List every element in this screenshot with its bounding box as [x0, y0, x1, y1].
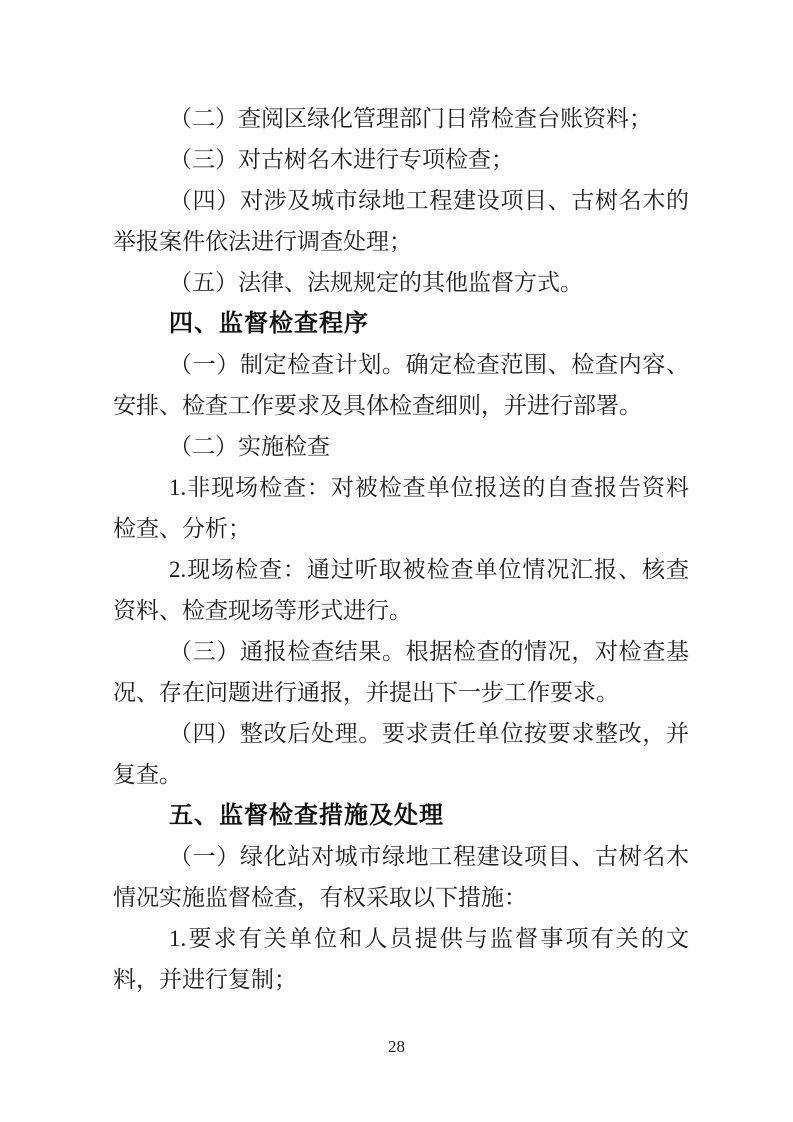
body-text-line: （三）通报检查结果。根据检查的情况，对检查基本情 — [113, 631, 689, 672]
body-text-line: 1.非现场检查：对被检查单位报送的自查报告资料进行 — [113, 467, 689, 508]
body-text-line: （五）法律、法规规定的其他监督方式。 — [113, 262, 689, 303]
body-text-line: （一）制定检查计划。确定检查范围、检查内容、检查 — [113, 344, 689, 385]
body-text-line: （四）对涉及城市绿地工程建设项目、古树名木的投诉、 — [113, 180, 689, 221]
body-text-line: 检查、分析； — [113, 508, 689, 549]
body-text-line: 1.要求有关单位和人员提供与监督事项有关的文件、资 — [113, 918, 689, 959]
body-text-line: （三）对古树名木进行专项检查； — [113, 139, 689, 180]
body-text-line: 资料、检查现场等形式进行。 — [113, 590, 689, 631]
page-number: 28 — [0, 1036, 793, 1058]
body-text-line: （四）整改后处理。要求责任单位按要求整改，并组织 — [113, 713, 689, 754]
document-page: （二）查阅区绿化管理部门日常检查台账资料； （三）对古树名木进行专项检查； （四… — [0, 0, 793, 1122]
body-text-line: 安排、检查工作要求及具体检查细则，并进行部署。 — [113, 385, 689, 426]
body-text-line: （二）实施检查 — [113, 426, 689, 467]
body-text-line: 况、存在问题进行通报，并提出下一步工作要求。 — [113, 672, 689, 713]
body-text-line: 复查。 — [113, 754, 689, 795]
document-body: （二）查阅区绿化管理部门日常检查台账资料； （三）对古树名木进行专项检查； （四… — [113, 98, 689, 1000]
body-text-line: 举报案件依法进行调查处理； — [113, 221, 689, 262]
section-heading-4: 四、监督检查程序 — [113, 303, 689, 344]
body-text-line: 情况实施监督检查，有权采取以下措施： — [113, 877, 689, 918]
body-text-line: 2.现场检查：通过听取被检查单位情况汇报、核查相关 — [113, 549, 689, 590]
section-heading-5: 五、监督检查措施及处理 — [113, 795, 689, 836]
body-text-line: 料，并进行复制； — [113, 959, 689, 1000]
body-text-line: （二）查阅区绿化管理部门日常检查台账资料； — [113, 98, 689, 139]
body-text-line: （一）绿化站对城市绿地工程建设项目、古树名木保护 — [113, 836, 689, 877]
